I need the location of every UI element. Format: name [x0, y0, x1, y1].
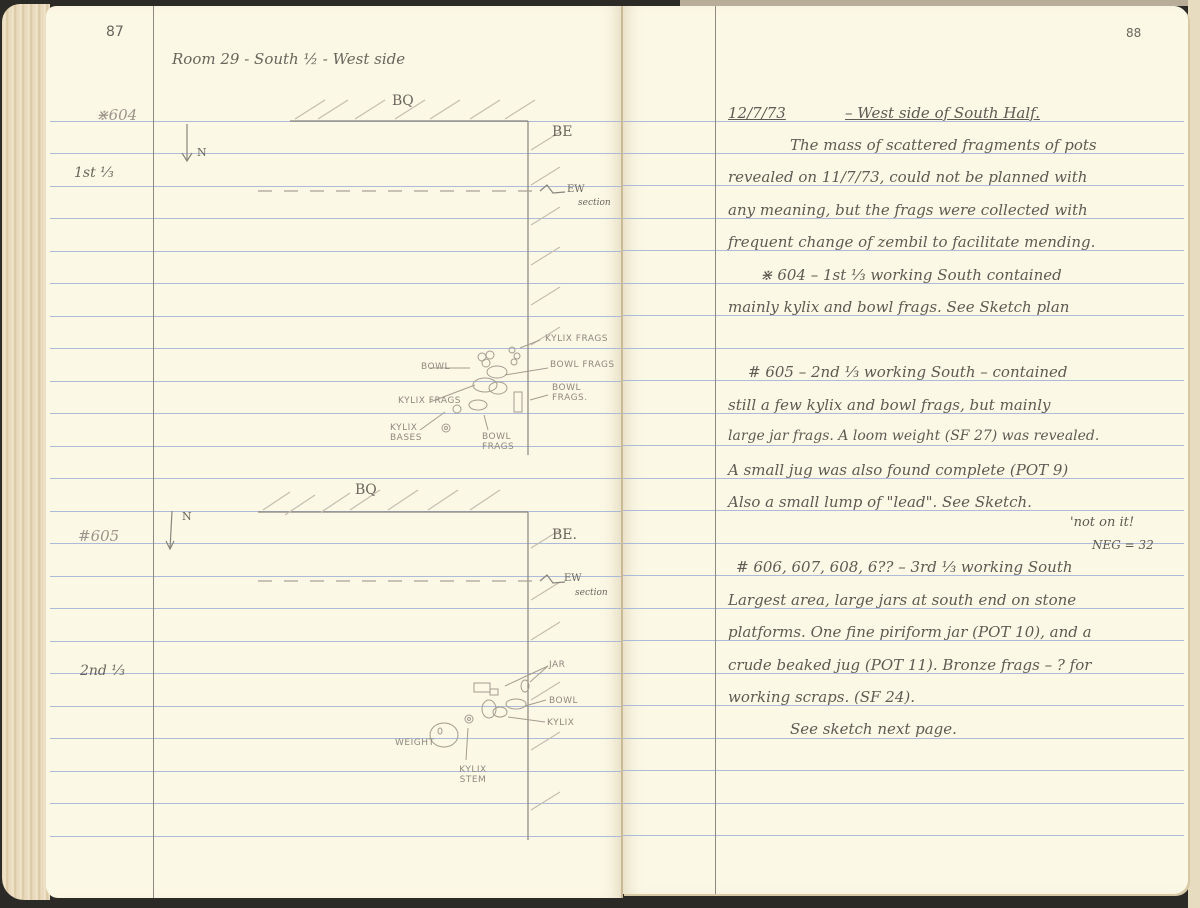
sketch1-be-label: BE [552, 124, 573, 140]
text-line: # 606, 607, 608, 6?? – 3rd ⅓ working Sou… [736, 558, 1073, 576]
find-label: BOWL [549, 696, 578, 706]
sketch2-bq-label: BQ [355, 482, 377, 498]
text-line: revealed on 11/7/73, could not be planne… [728, 168, 1087, 186]
find-label: WEIGHT [395, 738, 434, 748]
sketch1-north-label: N [197, 146, 207, 159]
sketch2-north-label: N [182, 510, 192, 523]
text-line: platforms. One fine piriform jar (POT 10… [728, 623, 1092, 641]
sketch2-section-note: section [575, 588, 608, 598]
find-label: KYLIX FRAGS [398, 396, 461, 406]
margin-label-second-third: 2nd ⅓ [80, 663, 125, 679]
text-line: The mass of scattered fragments of pots [790, 136, 1097, 154]
margin-label-605: #605 [78, 527, 119, 545]
text-line: A small jug was also found complete (POT… [728, 461, 1068, 479]
title-text: – West side of South Half. [845, 104, 1040, 122]
text-line: Largest area, large jars at south end on… [728, 591, 1076, 609]
find-label: BOWL [421, 362, 450, 372]
text-line: still a few kylix and bowl frags, but ma… [728, 396, 1051, 414]
neg-number: NEG = 32 [1092, 538, 1154, 552]
text-line: Also a small lump of "lead". See Sketch. [728, 493, 1032, 511]
text-line: large jar frags. A loom weight (SF 27) w… [728, 428, 1099, 444]
text-line: ⋇ 604 – 1st ⅓ working South contained [760, 266, 1062, 284]
margin-label-604: ⋇604 [96, 106, 137, 124]
sketch1-section-label: EW [567, 184, 585, 195]
find-label: BOWL FRAGS. [552, 383, 600, 403]
find-label: KYLIX FRAGS [545, 334, 608, 344]
sketch2-section-label: EW [564, 573, 582, 584]
left-page-number: 87 [106, 24, 124, 40]
sketch1-section-note: section [578, 198, 611, 208]
text-line: frequent change of zembil to facilitate … [728, 233, 1095, 251]
text-line: # 605 – 2nd ⅓ working South – contained [748, 363, 1068, 381]
find-label: BOWL FRAGS [482, 432, 522, 452]
text-line: any meaning, but the frags were collecte… [728, 201, 1088, 219]
find-label: KYLIX [547, 718, 574, 728]
margin-label-first-third: 1st ⅓ [74, 165, 114, 181]
entry-date: 12/7/73 [728, 104, 786, 122]
find-label: KYLIX BASES [390, 423, 430, 443]
entry-title: – West side of South Half. [845, 104, 1040, 122]
text-line: working scraps. (SF 24). [728, 688, 915, 706]
find-label: JAR [549, 660, 565, 670]
find-label: KYLIX STEM [456, 765, 490, 785]
text-line: crude beaked jug (POT 11). Bronze frags … [728, 656, 1091, 674]
left-page-heading: Room 29 - South ½ - West side [172, 50, 405, 68]
sketch2-be-label: BE. [552, 527, 577, 543]
find-label: BOWL FRAGS [550, 360, 615, 370]
marginal-insert: 'not on it! [1070, 515, 1134, 530]
text-line: See sketch next page. [790, 720, 957, 738]
date-text: 12/7/73 [728, 104, 786, 122]
open-notebook: 87 Room 29 - South ½ - West side ⋇604 1s… [0, 0, 1200, 908]
text-line: mainly kylix and bowl frags. See Sketch … [728, 298, 1069, 316]
sketch1-bq-label: BQ [392, 93, 414, 109]
right-page-number: 88 [1126, 26, 1141, 40]
